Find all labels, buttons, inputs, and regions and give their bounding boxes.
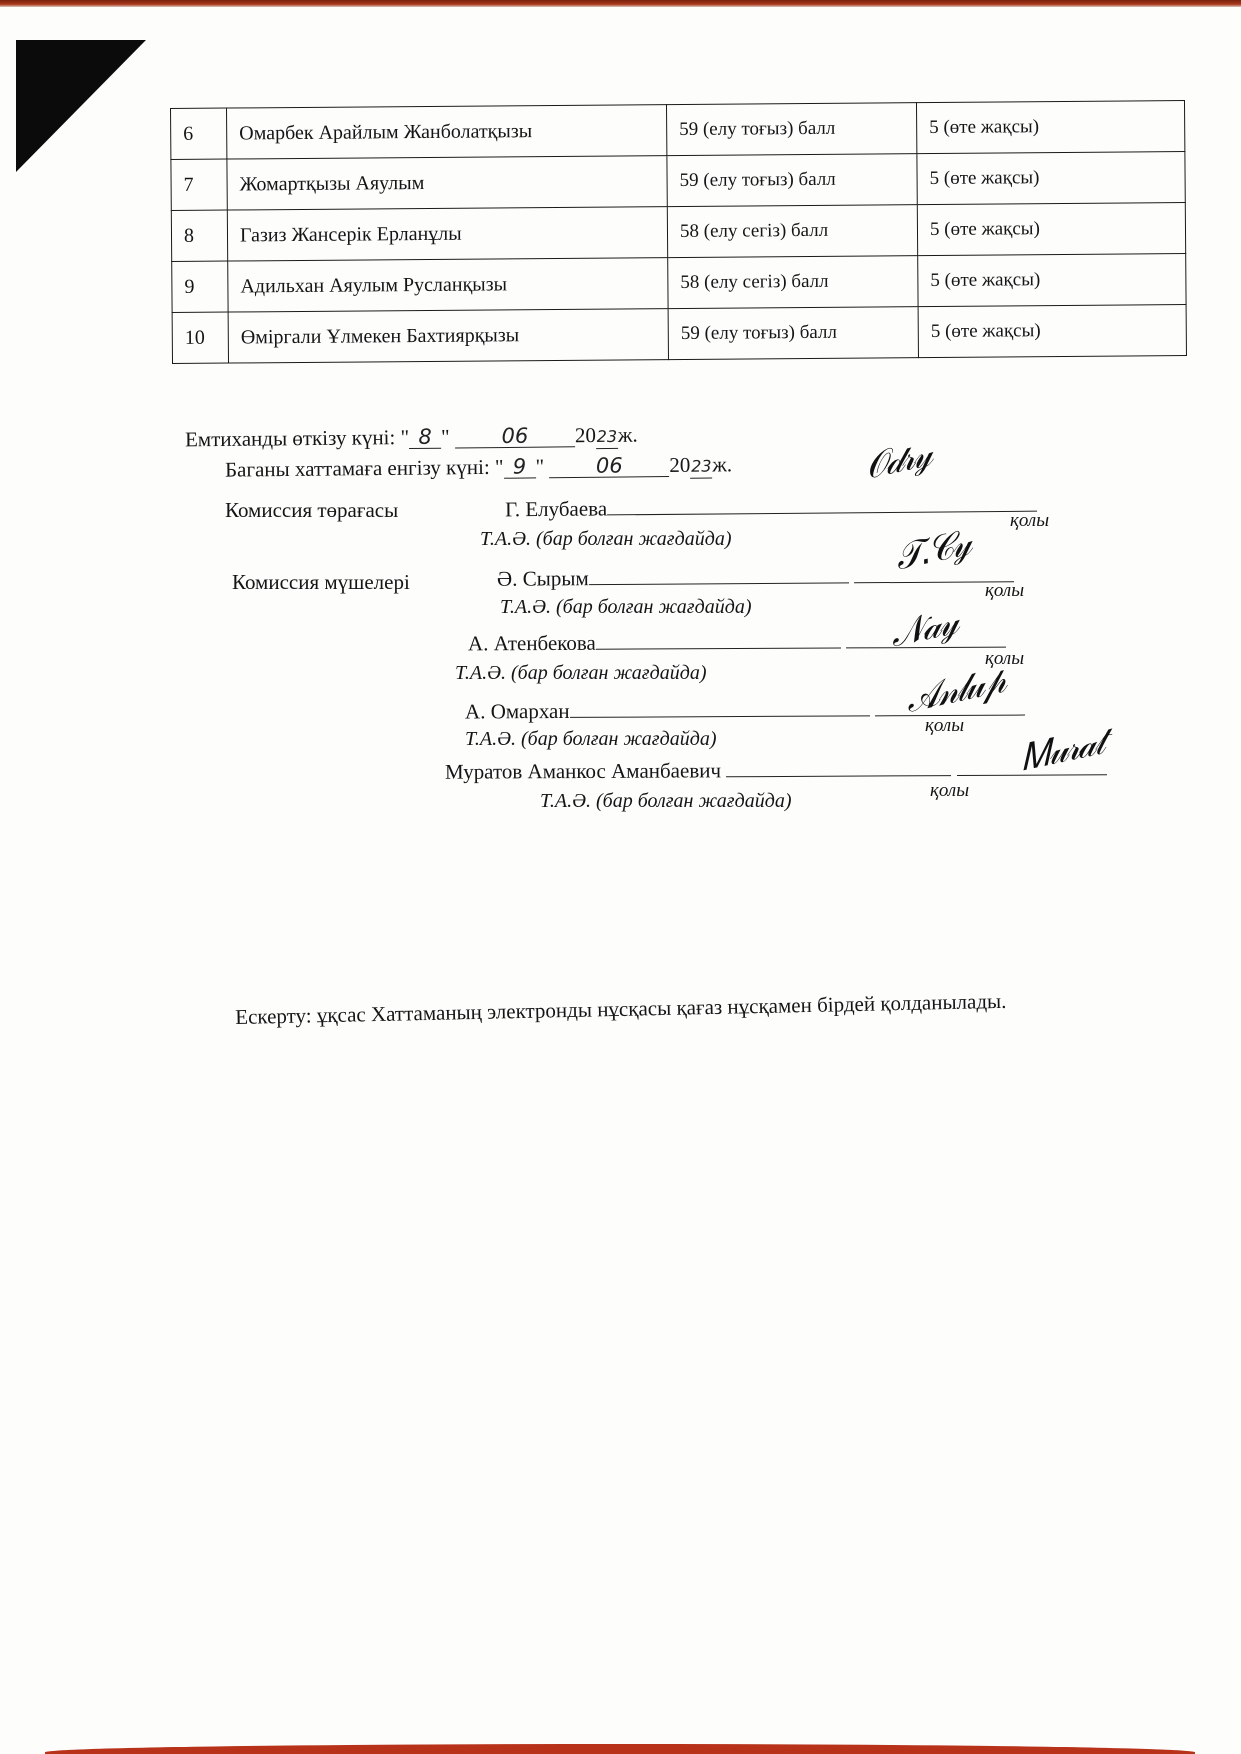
exam-month: 06 — [455, 424, 575, 448]
table-row: 8Газиз Жансерік Ерланұлы58 (елу сегіз) б… — [171, 203, 1185, 262]
score-cell: 59 (елу тоғыз) балл — [667, 154, 917, 207]
member-line-4: Муратов Аманкос Аманбаевич — [445, 756, 1107, 784]
member-fio-hint: Т.А.Ә. (бар болған жағдайда) — [455, 662, 706, 685]
page-edge-top — [0, 0, 1241, 7]
grade-cell: 5 (өте жақсы) — [916, 101, 1184, 154]
member-name: А. Омархан — [465, 699, 570, 724]
score-cell: 59 (елу тоғыз) балл — [666, 103, 916, 156]
page-edge-bottom — [45, 1744, 1195, 1754]
row-number: 9 — [172, 261, 228, 312]
member-signature-label: қолы — [985, 580, 1024, 602]
table-row: 7Жомартқызы Аяулым59 (елу тоғыз) балл5 (… — [171, 152, 1185, 211]
member-fio-hint: Т.А.Ә. (бар болған жағдайда) — [500, 596, 751, 619]
member-fio-hint: Т.А.Ә. (бар болған жағдайда) — [465, 728, 716, 751]
entry-date-line: Баганы хаттамаға енгізу күні: "9" 062023… — [225, 452, 732, 483]
exam-year: 23 — [596, 426, 618, 449]
exam-date-line: Емтиханды өткізу күні: "8" 062023ж. — [185, 423, 638, 454]
score-cell: 59 (елу тоғыз) балл — [668, 307, 918, 360]
member-signature-label: қолы — [925, 715, 964, 737]
exam-date-label: Емтиханды өткізу күні: " — [185, 425, 409, 451]
member-name: А. Атенбекова — [468, 631, 596, 656]
entry-day: 9 — [503, 455, 535, 478]
grade-cell: 5 (өте жақсы) — [918, 305, 1186, 358]
chair-label: Комиссия төрағасы — [225, 498, 398, 523]
score-cell: 58 (елу сегіз) балл — [668, 256, 918, 309]
chair-line: Г. Елубаева — [505, 493, 1037, 523]
entry-month: 06 — [549, 454, 669, 478]
member-name: Муратов Аманкос Аманбаевич — [445, 758, 721, 783]
table-row: 9Адильхан Аяулым Русланқызы58 (елу сегіз… — [172, 254, 1186, 313]
chair-name: Г. Елубаева — [505, 496, 607, 521]
footnote: Ескерту: ұқсас Хаттаманың электронды нұс… — [235, 989, 1007, 1030]
grade-cell: 5 (өте жақсы) — [917, 152, 1185, 205]
score-cell: 58 (елу сегіз) балл — [667, 205, 917, 258]
row-number: 10 — [172, 312, 228, 363]
member-signature-label: қолы — [930, 780, 969, 802]
member-fio-hint: Т.А.Ә. (бар болған жағдайда) — [540, 790, 791, 813]
members-label: Комиссия мүшелері — [232, 570, 410, 595]
corner-mark — [16, 40, 146, 172]
entry-year: 23 — [690, 456, 712, 479]
entry-date-label: Баганы хаттамаға енгізу күні: " — [225, 455, 504, 482]
student-name: Газиз Жансерік Ерланұлы — [227, 207, 667, 261]
chair-signature: 𝒪𝒹𝓇𝓎 — [861, 434, 933, 489]
results-table: 6Омарбек Арайлым Жанболатқызы59 (елу тоғ… — [170, 100, 1187, 364]
grade-cell: 5 (өте жақсы) — [918, 254, 1186, 307]
student-name: Өміргали Ұлмекен Бахтиярқызы — [228, 309, 668, 363]
grade-cell: 5 (өте жақсы) — [917, 203, 1185, 256]
student-name: Адильхан Аяулым Русланқызы — [228, 258, 668, 312]
exam-day: 8 — [409, 426, 441, 449]
chair-signature-label: қолы — [1010, 510, 1049, 532]
student-name: Омарбек Арайлым Жанболатқызы — [227, 105, 667, 159]
table-row: 6Омарбек Арайлым Жанболатқызы59 (елу тоғ… — [171, 101, 1185, 160]
row-number: 6 — [171, 108, 227, 159]
chair-fio-hint: Т.А.Ә. (бар болған жағдайда) — [480, 528, 731, 551]
table-row: 10Өміргали Ұлмекен Бахтиярқызы59 (елу то… — [172, 305, 1186, 364]
student-name: Жомартқызы Аяулым — [227, 156, 667, 210]
member-name: Ә. Сырым — [497, 566, 589, 591]
row-number: 7 — [171, 159, 227, 210]
row-number: 8 — [171, 210, 227, 261]
